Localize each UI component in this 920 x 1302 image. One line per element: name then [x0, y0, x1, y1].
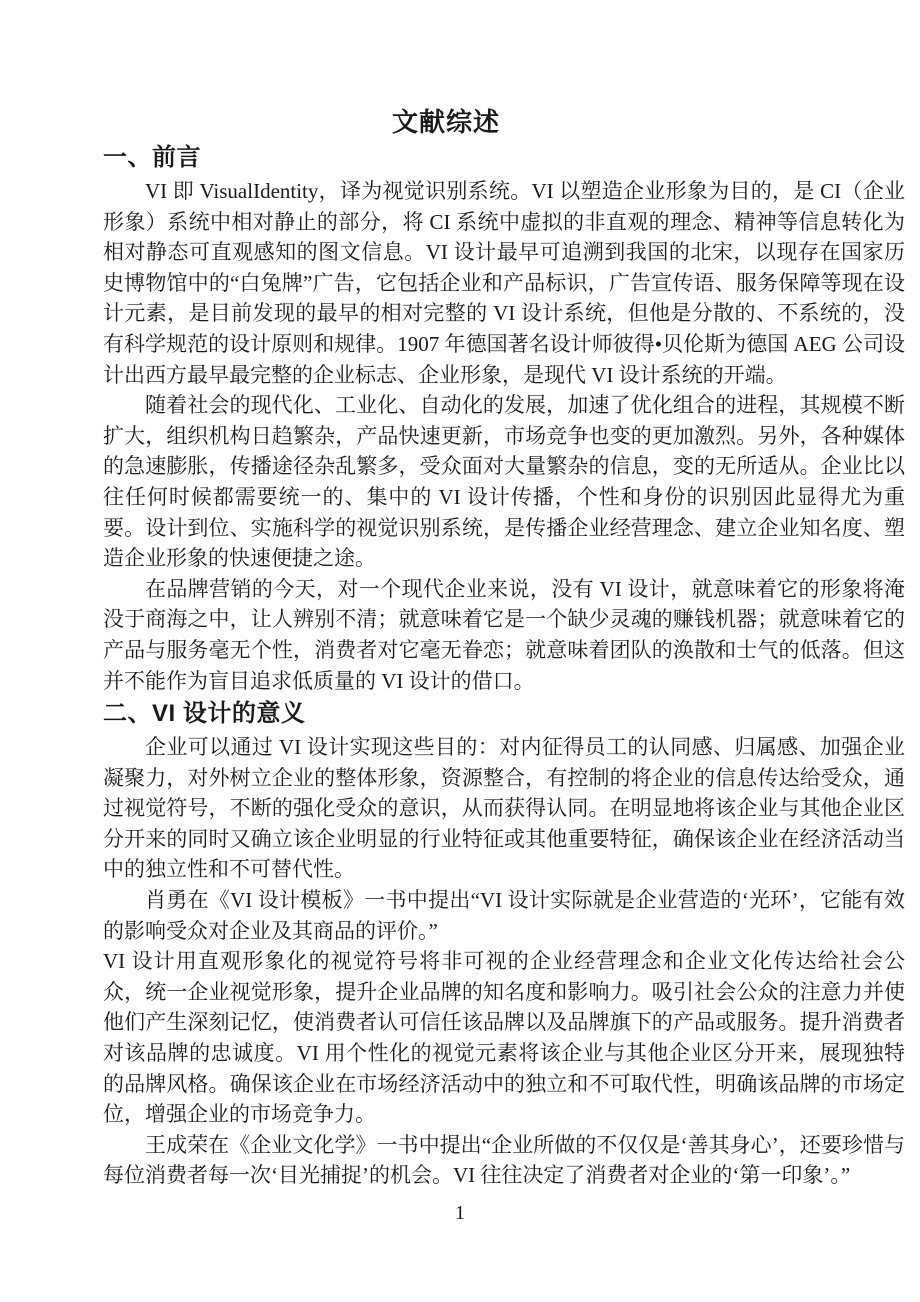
paragraph-social-modernization: 随着社会的现代化、工业化、自动化的发展，加速了优化组合的进程，其规模不断扩大，组…	[103, 390, 905, 574]
paragraph-vi-definition: VI 即 VisualIdentity，译为视觉识别系统。VI 以塑造企业形象为…	[103, 176, 905, 390]
paragraph-xiaoyong-quote: 肖勇在《VI 设计模板》一书中提出“VI 设计实际就是企业营造的‘光环’，它能有…	[103, 885, 905, 946]
paragraph-brand-marketing: 在品牌营销的今天，对一个现代企业来说，没有 VI 设计，就意味着它的形象将淹没于…	[103, 574, 905, 696]
section-heading-vi-significance: 二、VI 设计的意义	[103, 696, 905, 732]
section-heading-preface: 一、前言	[103, 140, 905, 176]
page-title: 文献综述	[103, 104, 789, 140]
paragraph-wangchengrong-quote: 王成荣在《企业文化学》一书中提出“企业所做的不仅仅是‘善其身心’，还要珍惜与每位…	[103, 1130, 905, 1191]
document-content: 文献综述 一、前言 VI 即 VisualIdentity，译为视觉识别系统。V…	[103, 104, 905, 1191]
document-page: 文献综述 一、前言 VI 即 VisualIdentity，译为视觉识别系统。V…	[0, 0, 920, 1302]
page-number: 1	[0, 1198, 920, 1228]
paragraph-vi-goals: 企业可以通过 VI 设计实现这些目的：对内征得员工的认同感、归属感、加强企业凝聚…	[103, 732, 905, 885]
paragraph-vi-visual-symbols: VI 设计用直观形象化的视觉符号将非可视的企业经营理念和企业文化传达给社会公众，…	[103, 946, 905, 1130]
